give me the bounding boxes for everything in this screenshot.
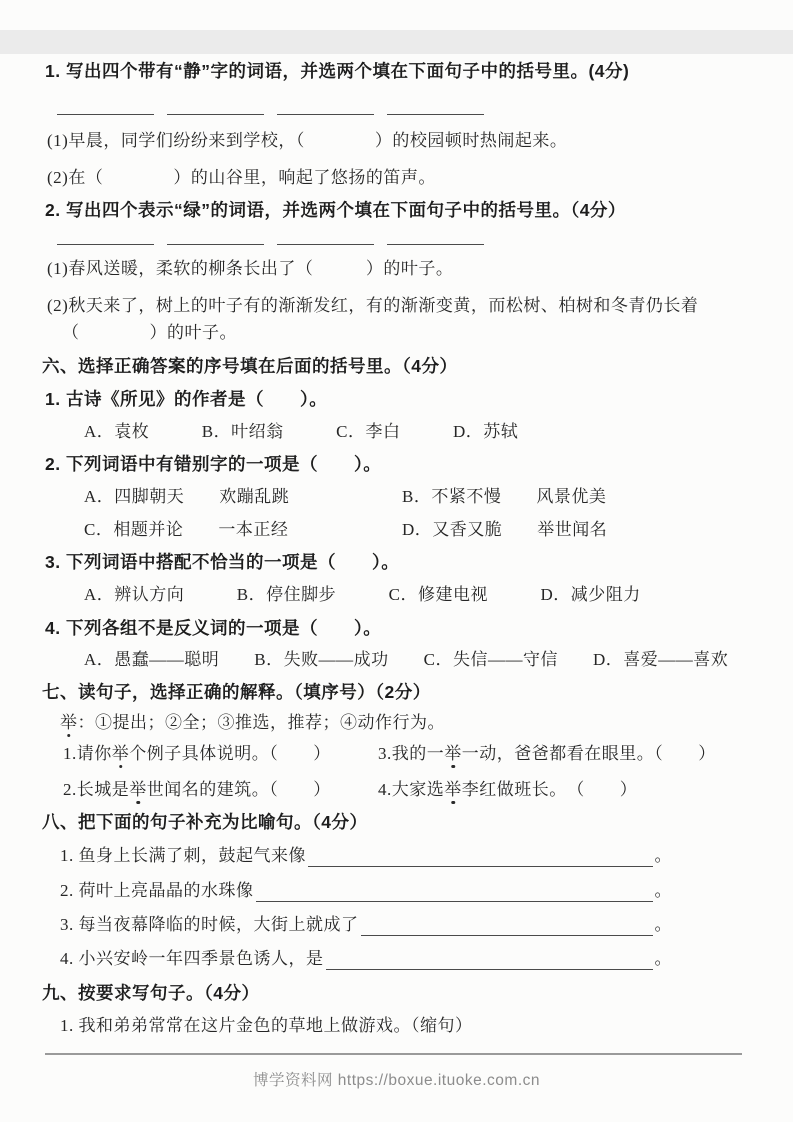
s7-item-2-post: 世闻名的建筑。（ ）	[147, 780, 331, 799]
answer-fill-line	[308, 847, 653, 867]
s6-q3-stem: 3. 下列词语中搭配不恰当的一项是（ ）。	[45, 551, 399, 573]
s7-item-3-pre: 3.我的一	[378, 744, 444, 763]
answer-blank	[277, 96, 374, 115]
answer-blank	[167, 96, 264, 115]
s8-item-2-label: 2. 荷叶上亮晶晶的水珠像	[60, 880, 254, 902]
footer-site-credit: 博学资料网 https://boxue.ituoke.com.cn	[0, 1068, 793, 1090]
s7-item-3-post: 一动，爸爸都看在眼里。（ ）	[462, 744, 716, 763]
answer-blank	[167, 226, 264, 245]
s6-q2-option-a: A．四脚朝天 欢蹦乱跳	[84, 486, 289, 508]
s7-legend-emph-char: 举	[60, 713, 78, 732]
footer-divider	[45, 1053, 742, 1055]
s7-item-3: 3.我的一举一动，爸爸都看在眼里。（ ）	[378, 743, 716, 765]
section8-title: 八、把下面的句子补充为比喻句。（4分）	[42, 811, 367, 833]
q1-item-1: (1)早晨，同学们纷纷来到学校，（ ）的校园顿时热闹起来。	[47, 130, 567, 152]
s8-item-1-label: 1. 鱼身上长满了刺，鼓起气来像	[60, 845, 306, 867]
section9-title: 九、按要求写句子。（4分）	[42, 982, 259, 1004]
s6-q4-options: A．愚蠢——聪明 B．失败——成功 C．失信——守信 D．喜爱——喜欢	[84, 649, 728, 671]
answer-blank	[387, 226, 484, 245]
s7-legend: 举：①提出；②全；③推选，推荐；④动作行为。	[60, 712, 445, 734]
q2-item-2-line2: （ ）的叶子。	[62, 322, 237, 344]
section7-title: 七、读句子，选择正确的解释。（填序号）（2分）	[42, 681, 431, 703]
section6-title: 六、选择正确答案的序号填在后面的括号里。（4分）	[42, 355, 457, 377]
s8-item-4-period: 。	[655, 948, 673, 970]
s9-item-1: 1. 我和弟弟常常在这片金色的草地上做游戏。（缩句）	[60, 1015, 473, 1037]
s7-item-4: 4.大家选举李红做班长。 （ ）	[378, 779, 637, 801]
s6-q1-options: A．袁枚 B．叶绍翁 C．李白 D．苏轼	[84, 421, 518, 443]
s6-q2-option-b: B．不紧不慢 风景优美	[402, 486, 606, 508]
answer-blank	[387, 96, 484, 115]
answer-blank	[57, 226, 154, 245]
s6-q2-option-d: D．又香又脆 举世闻名	[402, 519, 607, 541]
answer-blank	[57, 96, 154, 115]
s7-item-2-pre: 2.长城是	[63, 780, 129, 799]
s8-item-3: 3. 每当夜幕降临的时候，大街上就成了。	[60, 914, 672, 936]
s6-q2-stem: 2. 下列词语中有错别字的一项是（ ）。	[45, 453, 381, 475]
s6-q4-stem: 4. 下列各组不是反义词的一项是（ ）。	[45, 617, 381, 639]
s6-q1-stem: 1. 古诗《所见》的作者是（ ）。	[45, 388, 327, 410]
s7-item-4-pre: 4.大家选	[378, 780, 444, 799]
s8-item-1: 1. 鱼身上长满了刺，鼓起气来像。	[60, 845, 672, 867]
s6-q2-option-c: C．相题并论 一本正经	[84, 519, 288, 541]
s7-item-4-emph: 举	[444, 780, 462, 799]
s8-item-4-label: 4. 小兴安岭一年四季景色诱人，是	[60, 948, 324, 970]
s8-item-2: 2. 荷叶上亮晶晶的水珠像。	[60, 880, 672, 902]
s8-item-1-period: 。	[655, 845, 673, 867]
answer-fill-line	[361, 916, 653, 936]
answer-fill-line	[256, 882, 653, 902]
s7-item-1-pre: 1.请你	[63, 744, 112, 763]
s6-q3-options: A．辨认方向 B．停住脚步 C．修建电视 D．减少阻力	[84, 584, 641, 606]
q2-answer-blanks	[57, 226, 497, 251]
s8-item-4: 4. 小兴安岭一年四季景色诱人，是。	[60, 948, 672, 970]
s8-item-3-label: 3. 每当夜幕降临的时候，大街上就成了	[60, 914, 359, 936]
q2-item-1: (1)春风送暖，柔软的柳条长出了（ ）的叶子。	[47, 258, 453, 280]
s7-item-1-post: 个例子具体说明。（ ）	[129, 744, 331, 763]
s7-item-2: 2.长城是举世闻名的建筑。（ ）	[63, 779, 331, 801]
s8-item-2-period: 。	[655, 880, 673, 902]
q2-title: 2. 写出四个表示“绿”的词语，并选两个填在下面句子中的括号里。（4分）	[45, 199, 626, 221]
s7-item-2-emph: 举	[129, 780, 147, 799]
s7-legend-post: ：①提出；②全；③推选，推荐；④动作行为。	[78, 713, 446, 732]
scan-shadow-band	[0, 30, 793, 54]
s7-item-3-emph: 举	[444, 744, 462, 763]
q2-item-2-line1: (2)秋天来了，树上的叶子有的渐渐发红，有的渐渐变黄，而松树、柏树和冬青仍长着	[47, 295, 698, 317]
answer-blank	[277, 226, 374, 245]
s7-item-1: 1.请你举个例子具体说明。（ ）	[63, 743, 331, 765]
exam-page: 1. 写出四个带有“静”字的词语，并选两个填在下面句子中的括号里。(4分) (1…	[0, 0, 793, 1122]
s7-item-4-post: 李红做班长。 （ ）	[462, 780, 638, 799]
s7-item-1-emph: 举	[112, 744, 130, 763]
q1-item-2: (2)在（ ）的山谷里，响起了悠扬的笛声。	[47, 167, 436, 189]
answer-fill-line	[326, 950, 653, 970]
s8-item-3-period: 。	[655, 914, 673, 936]
q1-answer-blanks	[57, 96, 497, 121]
q1-title: 1. 写出四个带有“静”字的词语，并选两个填在下面句子中的括号里。(4分)	[45, 60, 629, 82]
